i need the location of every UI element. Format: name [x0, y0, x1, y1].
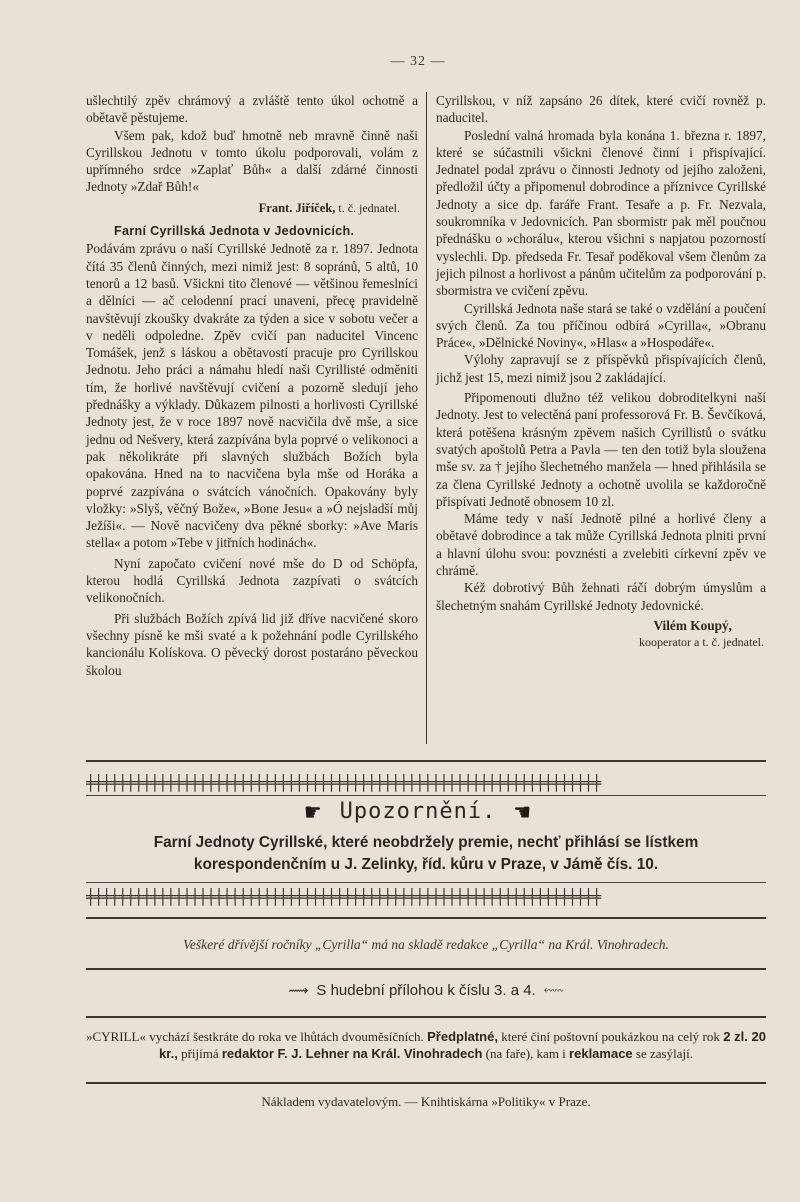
pointing-hand-left-icon: ☚: [514, 798, 531, 828]
article-columns: ušlechtilý zpěv chrámový a zvláště tento…: [86, 92, 766, 744]
paragraph: Podávám zprávu o naší Cyrillské Jednotě …: [86, 240, 418, 551]
divider-rule: [86, 968, 766, 970]
paragraph: Připomenouti dlužno též velikou dobrodit…: [436, 389, 766, 510]
notice-line: Farní Jednoty Cyrillské, které neobdržel…: [86, 832, 766, 854]
signature-name: Vilém Koupý,: [436, 617, 732, 634]
ornamental-border: ╪╪╪╪╪╪╪╪╪╪╪╪╪╪╪╪╪╪╪╪╪╪╪╪╪╪╪╪╪╪╪╪╪╪╪╪╪╪╪╪…: [86, 886, 766, 908]
pointing-hand-right-icon: ☛: [305, 798, 322, 828]
notice-line: korespondenčním u J. Zelinky, říd. kůru …: [86, 854, 766, 876]
supplement-note: ⟿S hudební přílohou k číslu 3. a 4.⬳: [86, 982, 766, 999]
signature-title: kooperator a t. č. jednatel.: [436, 634, 764, 651]
publication-info: »CYRILL« vychází šestkráte do roka ve lh…: [86, 1028, 766, 1062]
paragraph: Kéž dobrotivý Bůh žehnati ráčí dobrým úm…: [436, 579, 766, 614]
back-issues-note: Veškeré dřívější ročníky „Cyrilla“ má na…: [86, 937, 766, 953]
left-column: ušlechtilý zpěv chrámový a zvláště tento…: [86, 92, 418, 744]
paragraph: Při službách Božích zpívá lid již dříve …: [86, 610, 418, 679]
divider-rule: [86, 1016, 766, 1018]
page-number: — 32 —: [0, 54, 800, 70]
divider-rule: [86, 795, 766, 796]
ornamental-border: ╪╪╪╪╪╪╪╪╪╪╪╪╪╪╪╪╪╪╪╪╪╪╪╪╪╪╪╪╪╪╪╪╪╪╪╪╪╪╪╪…: [86, 772, 766, 794]
signature-title: t. č. jednatel.: [338, 201, 400, 215]
flourish-left-icon: ⟿: [288, 983, 308, 999]
paragraph: Poslední valná hromada byla konána 1. bř…: [436, 127, 766, 300]
notice-heading: ☛Upozornění.☚: [0, 798, 800, 828]
column-divider: [426, 92, 427, 744]
notice-title: Upozornění.: [340, 799, 497, 824]
paragraph: ušlechtilý zpěv chrámový a zvláště tento…: [86, 92, 418, 127]
imprint: Nákladem vydavatelovým. — Knihtiskárna »…: [86, 1094, 766, 1110]
paragraph: Nyní započato cvičení nové mše do D od S…: [86, 555, 418, 607]
right-column: Cyrillskou, v níž zapsáno 26 dítek, kter…: [436, 92, 766, 744]
notice-body: Farní Jednoty Cyrillské, které neobdržel…: [86, 832, 766, 876]
supplement-text: S hudební přílohou k číslu 3. a 4.: [316, 982, 535, 999]
divider-rule: [86, 917, 766, 919]
divider-rule: [86, 1082, 766, 1084]
section-heading: Farní Cyrillská Jednota v Jedovnicích.: [86, 223, 418, 240]
divider-rule: [86, 760, 766, 762]
paragraph: Výlohy zapravují se z příspěvků přispíva…: [436, 351, 766, 386]
signature: Frant. Jiříček, t. č. jednatel.: [86, 200, 400, 217]
paragraph: Všem pak, kdož buď hmotně neb mravně čin…: [86, 127, 418, 196]
paragraph: Cyrillskou, v níž zapsáno 26 dítek, kter…: [436, 92, 766, 127]
divider-rule: [86, 882, 766, 883]
flourish-right-icon: ⬳: [544, 983, 564, 999]
paragraph: Máme tedy v naší Jednotě pilné a horlivé…: [436, 510, 766, 579]
signature-name: Frant. Jiříček,: [259, 201, 336, 215]
paragraph: Cyrillská Jednota naše stará se také o v…: [436, 300, 766, 352]
